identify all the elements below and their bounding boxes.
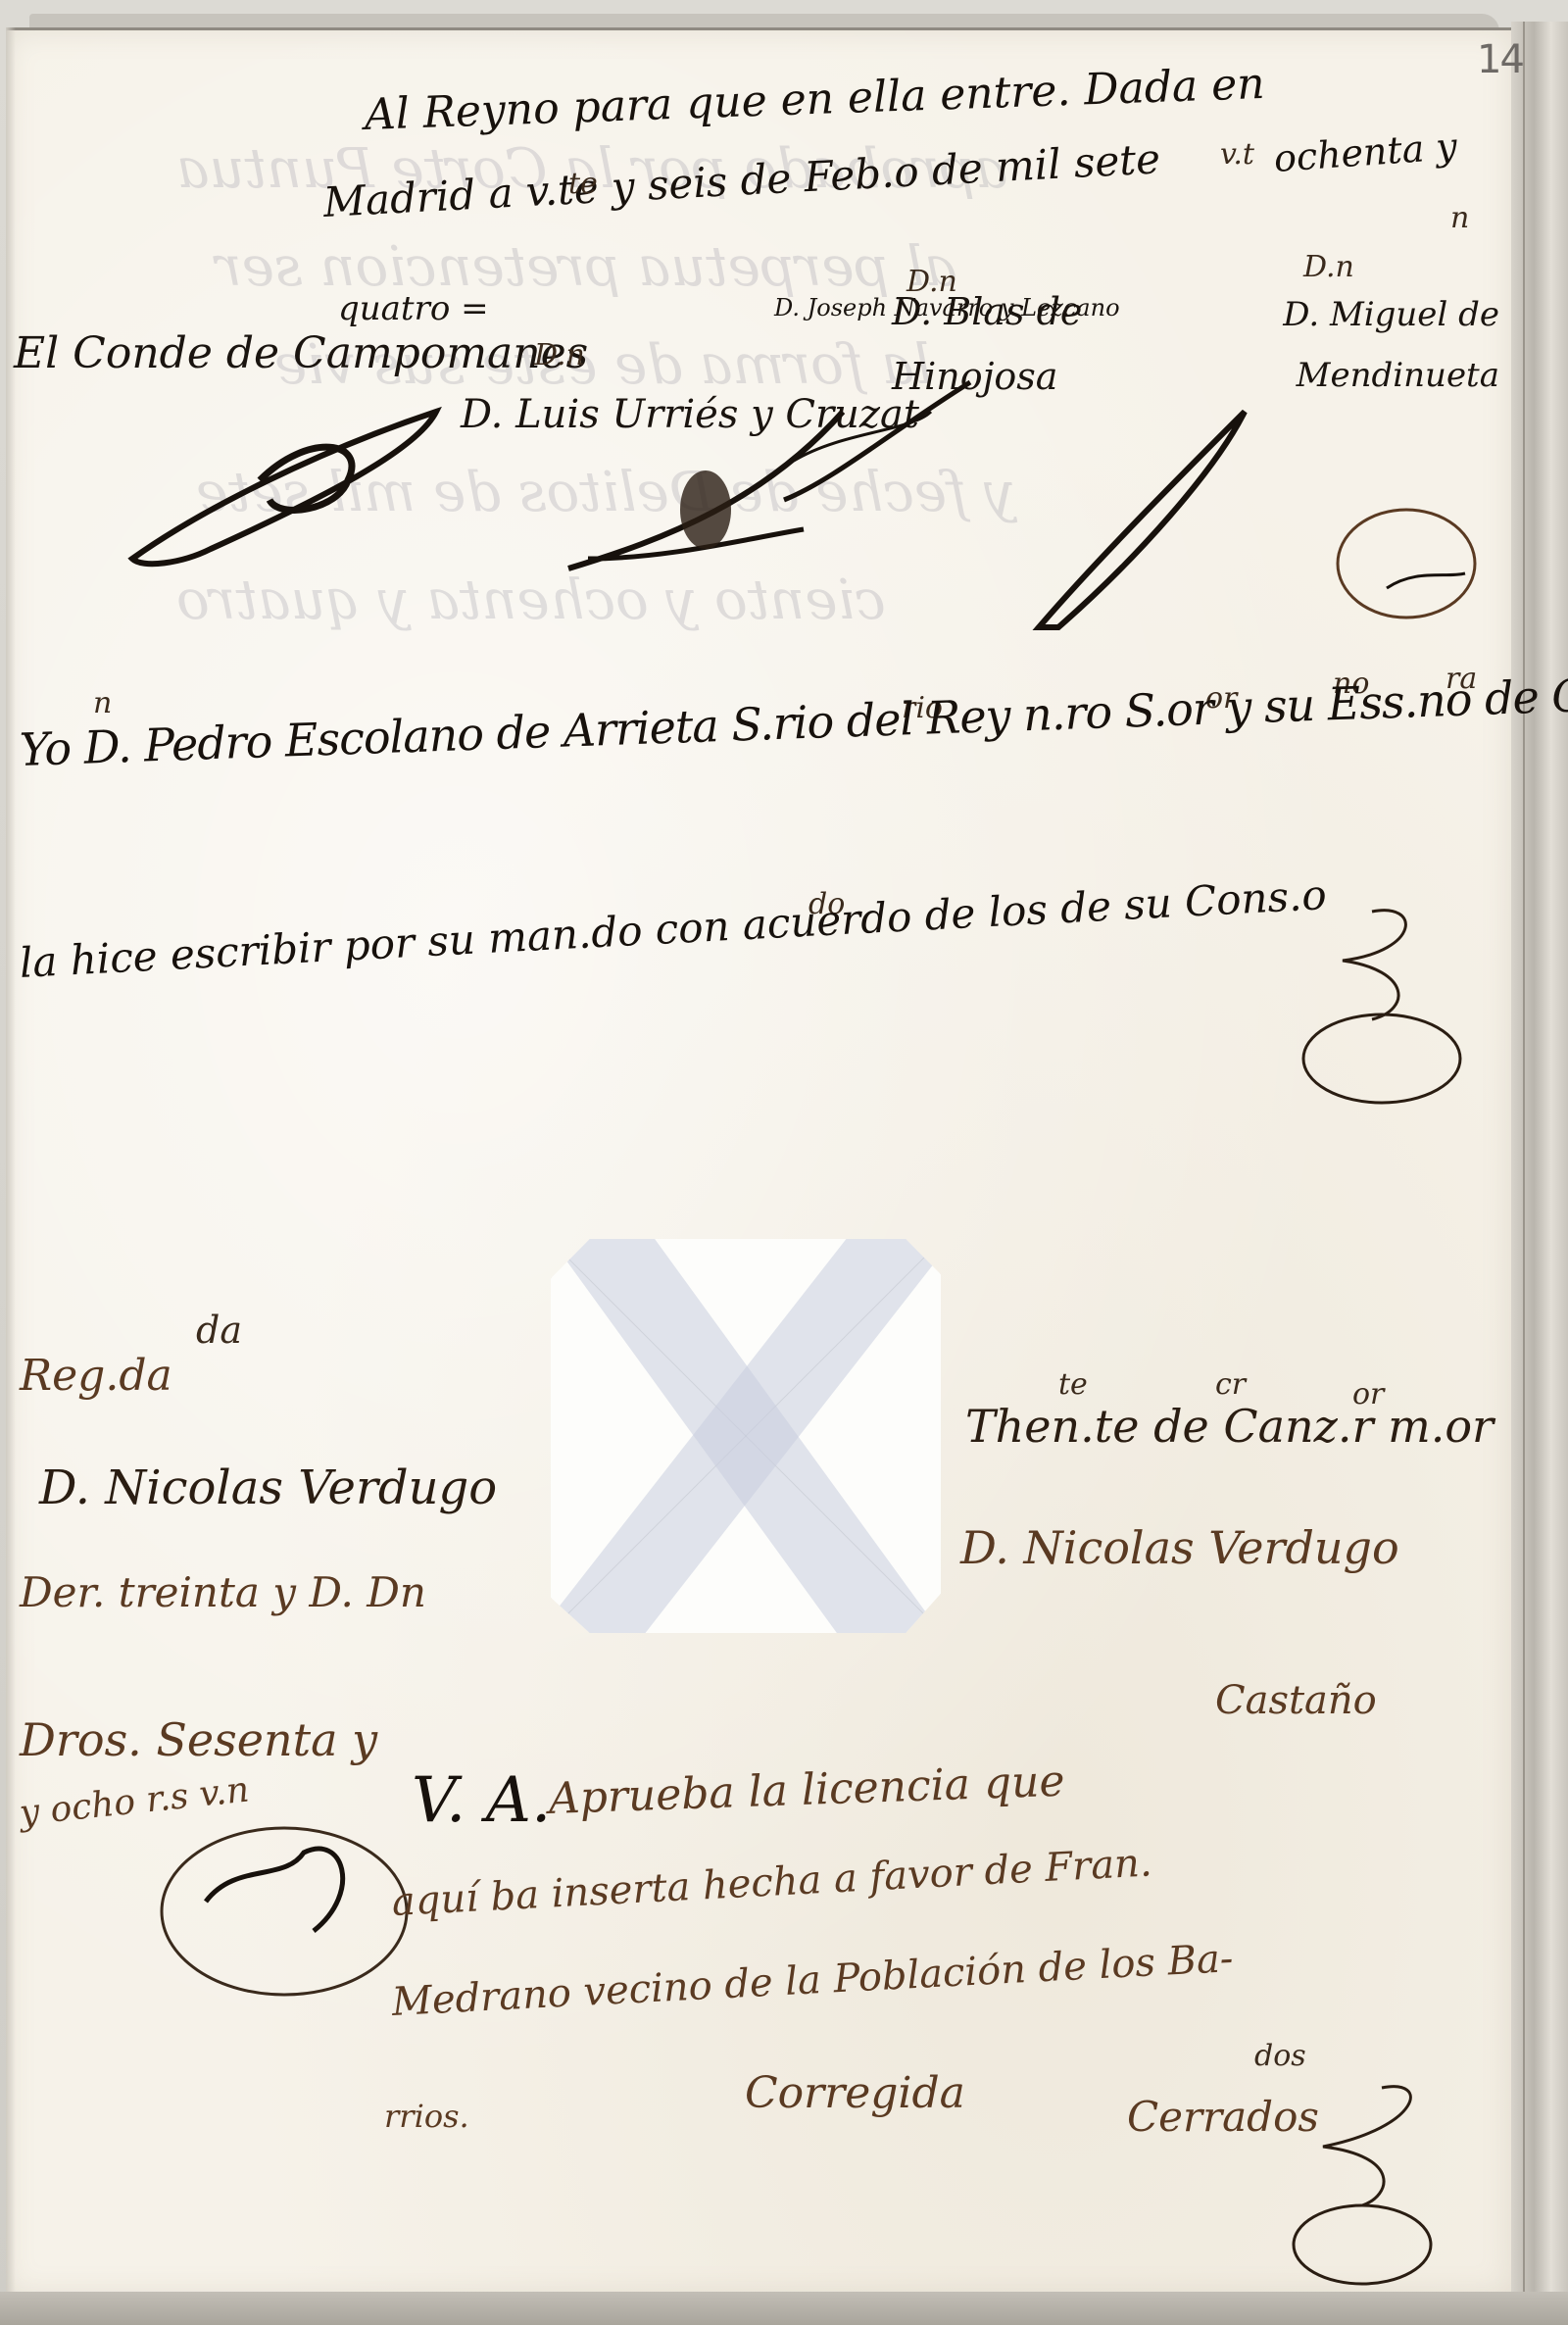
teniente-canciller: Then.te de Canz.r m.or — [965, 1400, 1494, 1453]
paraph-flourish — [1274, 892, 1490, 1117]
superscript: D.n — [1303, 250, 1354, 284]
superscript: D.n — [534, 338, 585, 372]
signature-conde-campomanes: El Conde de Campomanes — [14, 328, 588, 378]
book-edge-bottom — [0, 2292, 1568, 2325]
derechos-sesenta: Dros. Sesenta y — [20, 1713, 377, 1766]
quatro-note: quatro = — [338, 289, 489, 328]
signature-nicolas-verdugo-right: D. Nicolas Verdugo — [960, 1521, 1399, 1574]
approval-line-4: rrios. — [384, 2098, 469, 2135]
paper-seal — [551, 1239, 941, 1633]
superscript: da — [196, 1309, 242, 1352]
derechos-treinta: Der. treinta y D. Dn — [20, 1568, 426, 1616]
superscript: te — [1058, 1367, 1088, 1402]
vuestra-alteza: V. A. — [412, 1764, 551, 1837]
signature-miguel-mendinueta: D. Miguel de Mendinueta — [1176, 284, 1499, 406]
rubric-blas-hinojosa — [1019, 392, 1264, 647]
superscript: n — [1450, 201, 1469, 235]
book-edge-line — [1523, 22, 1525, 2305]
superscript: te — [568, 167, 598, 201]
paraph-flourish — [1264, 2068, 1460, 2294]
signature-nicolas-verdugo-left: D. Nicolas Verdugo — [39, 1460, 497, 1515]
superscript: v.t — [1220, 137, 1254, 172]
superscript: n — [93, 686, 112, 720]
rubric-campomanes — [122, 392, 456, 578]
paraph-flourish — [1318, 480, 1494, 627]
decorative-initial-flourish — [147, 1794, 421, 2019]
signature-castano: Castaño — [1215, 1678, 1377, 1723]
superscript: cr — [1215, 1367, 1246, 1402]
registro-label: Reg.da — [20, 1351, 172, 1401]
corregida-note: Corregida — [745, 2068, 965, 2118]
signature-blas-hinojosa: D. Blas de Hinojosa — [892, 279, 1215, 409]
page-number: 14 — [1477, 37, 1523, 82]
book-edge-right — [1511, 22, 1568, 2305]
bleed-through-text: al perpetua pretencion ser — [216, 235, 957, 299]
